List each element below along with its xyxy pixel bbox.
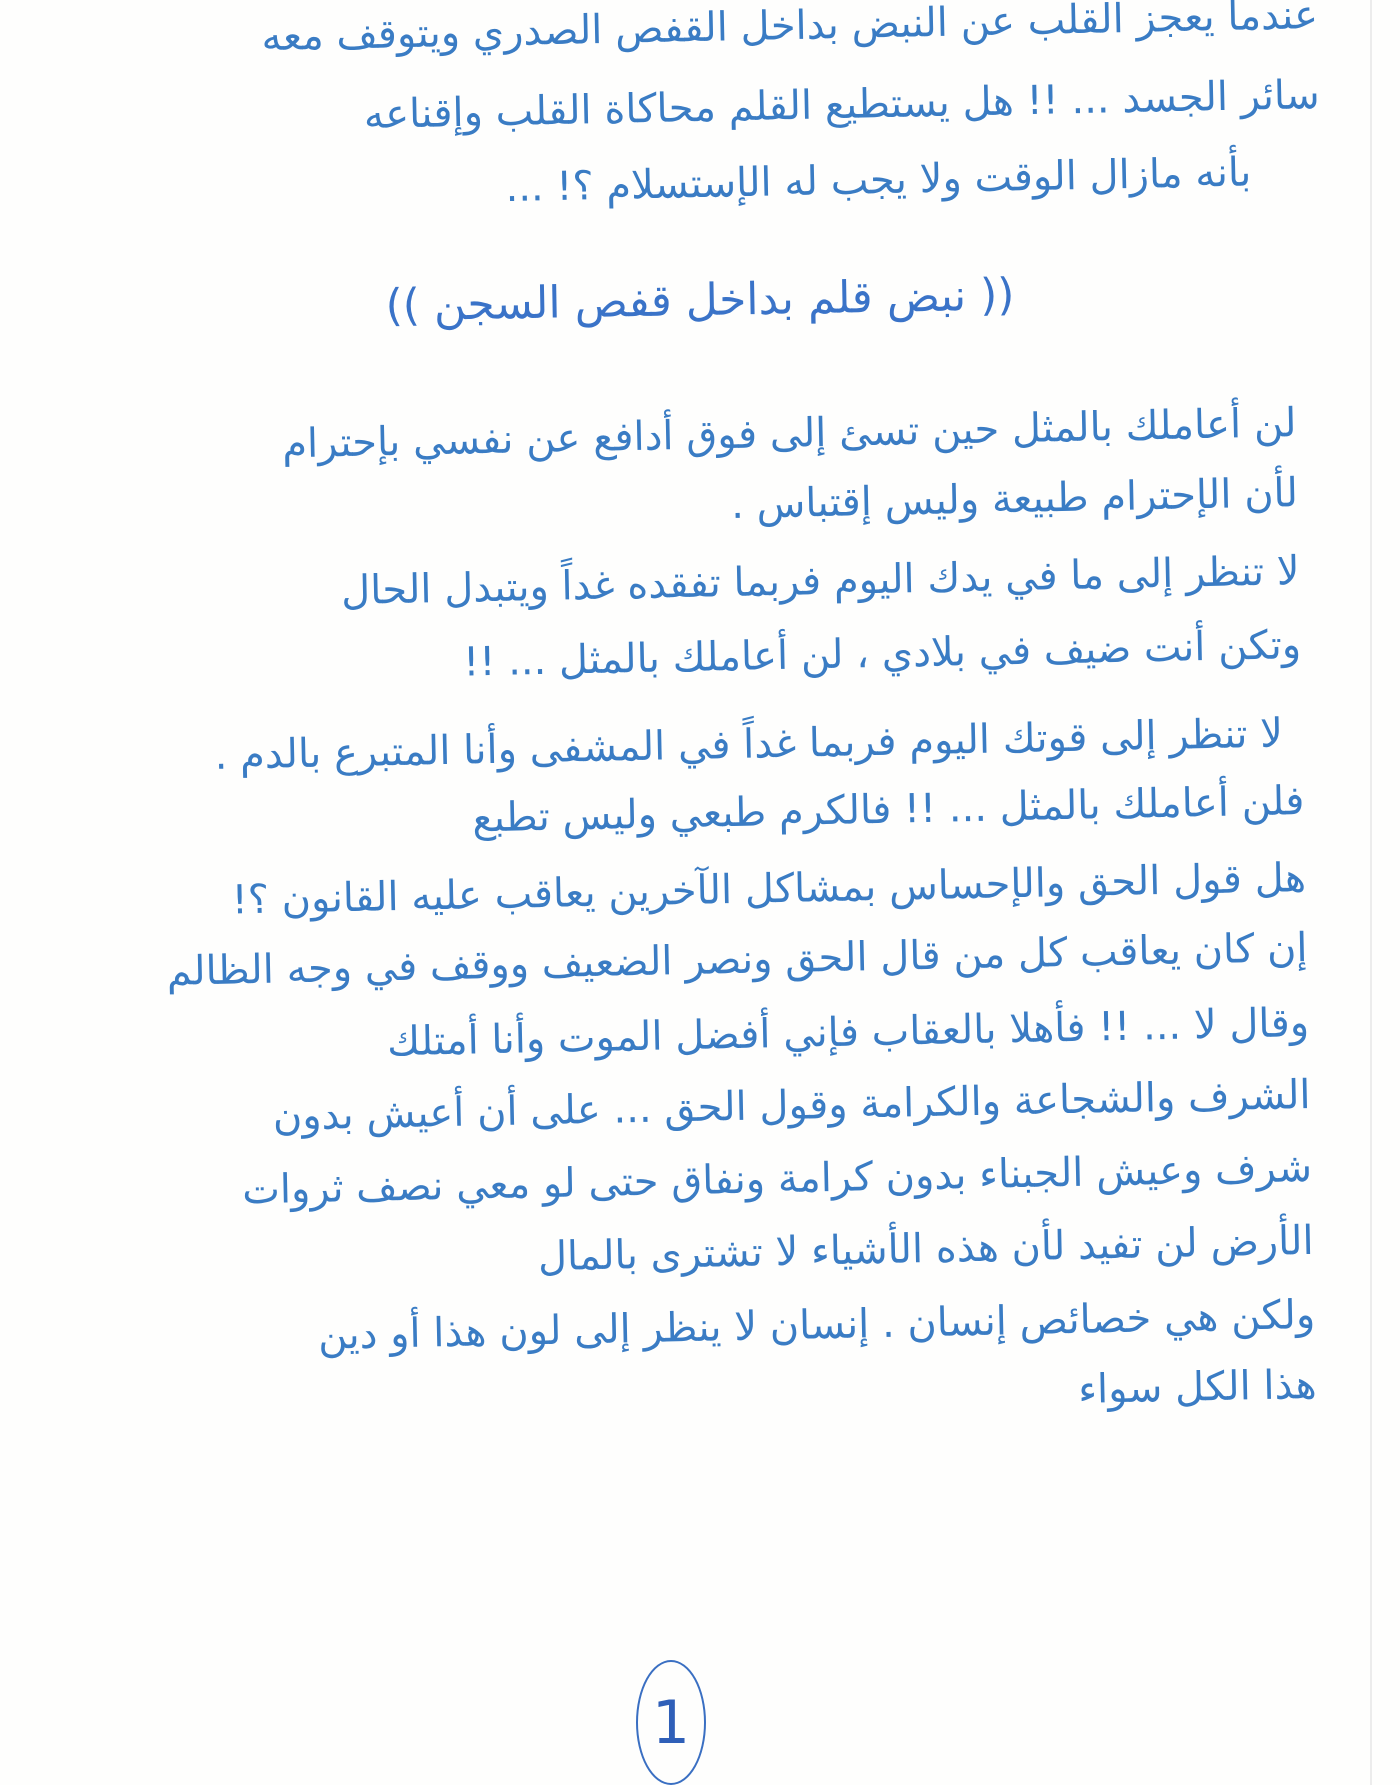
- handwritten-page: عندما يعجز القلب عن النبض بداخل القفص ال…: [0, 0, 1400, 1785]
- body-line: الشرف والشجاعة والكرامة وقول الحق ... عل…: [272, 1072, 1311, 1140]
- body-line: ولكن هي خصائص إنسان . إنسان لا ينظر إلى …: [318, 1292, 1316, 1359]
- body-line: لا تنظر إلى قوتك اليوم فربما غداً في الم…: [214, 710, 1283, 778]
- body-line: هل قول الحق والإحساس بمشاكل الآخرين يعاق…: [231, 855, 1306, 923]
- page-number-text: 1: [652, 1688, 690, 1758]
- body-line: هذا الكل سواء: [1078, 1362, 1317, 1413]
- body-line: وقال لا ... !! فأهلا بالعقاب فإني أفضل ا…: [387, 1000, 1310, 1065]
- page-number: 1: [636, 1660, 706, 1785]
- body-line: الأرض لن تفيد لأن هذه الأشياء لا تشترى ب…: [537, 1218, 1314, 1280]
- intro-line: بأنه مازال الوقت ولا يجب له الإستسلام ؟!…: [505, 149, 1252, 211]
- body-line: وتكن أنت ضيف في بلادي ، لن أعاملك بالمثل…: [463, 622, 1302, 686]
- body-line: فلن أعاملك بالمثل ... !! فالكرم طبعي ولي…: [472, 778, 1305, 841]
- intro-line: عندما يعجز القلب عن النبض بداخل القفص ال…: [261, 0, 1318, 60]
- intro-line: سائر الجسد ... !! هل يستطيع القلم محاكاة…: [363, 72, 1320, 138]
- body-line: شرف وعيش الجبناء بدون كرامة ونفاق حتى لو…: [242, 1145, 1313, 1213]
- body-line: لا تنظر إلى ما في يدك اليوم فربما تفقده …: [341, 548, 1300, 614]
- page-title: (( نبض قلم بداخل قفص السجن )): [0, 263, 1400, 338]
- body-line: إن كان يعاقب كل من قال الحق ونصر الضعيف …: [166, 925, 1308, 995]
- body-paragraph: لن أعاملك بالمثل حين تسئ إلى فوق أدافع ع…: [0, 400, 1320, 1577]
- body-line: لأن الإحترام طبيعة وليس إقتباس .: [731, 470, 1299, 528]
- intro-paragraph: عندما يعجز القلب عن النبض بداخل القفص ال…: [18, 0, 1323, 257]
- body-line: لن أعاملك بالمثل حين تسئ إلى فوق أدافع ع…: [282, 400, 1297, 467]
